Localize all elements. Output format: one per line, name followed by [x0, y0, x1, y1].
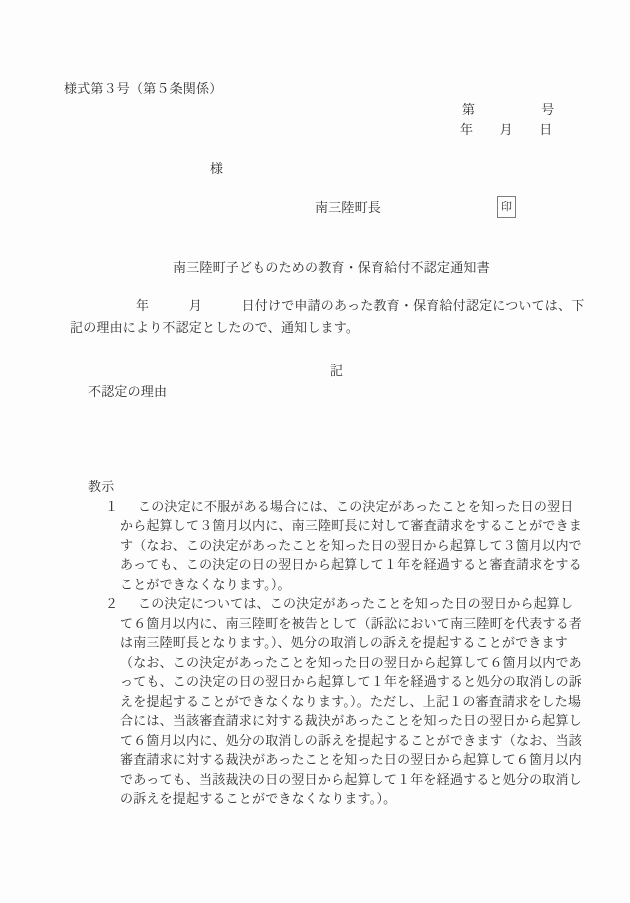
- instruction-item-2-number: ２: [105, 594, 118, 614]
- doc-number-blank-line: 第 号: [462, 100, 554, 119]
- instruction-item-2: ２ この決定については、この決定があったことを知った日の翌日から起算して６箇月以…: [70, 594, 583, 809]
- seal-label: 印: [501, 198, 512, 217]
- instruction-item-1-text: この決定に不服がある場合には、この決定があったことを知った日の翌日から起算して３…: [120, 497, 583, 595]
- date-blank-line: 年 月 日: [460, 120, 552, 139]
- record-marker: 記: [330, 361, 343, 380]
- instruction-heading: 教示: [88, 477, 583, 497]
- seal-placeholder-box: 印: [497, 196, 516, 218]
- instruction-item-1-number: １: [105, 497, 118, 517]
- instruction-item-1: １ この決定に不服がある場合には、この決定があったことを知った日の翌日から起算し…: [70, 497, 583, 595]
- recipient-honorific: 様: [210, 159, 223, 178]
- instruction-section: 教示 １ この決定に不服がある場合には、この決定があったことを知った日の翌日から…: [70, 477, 583, 809]
- instruction-item-2-text: この決定については、この決定があったことを知った日の翌日から起算して６箇月以内に…: [120, 594, 583, 809]
- form-number: 様式第３号（第５条関係）: [64, 79, 222, 98]
- document-page: 様式第３号（第５条関係） 第 号 年 月 日 様 南三陸町長 印 南三陸町子ども…: [0, 0, 630, 903]
- reason-label: 不認定の理由: [88, 382, 167, 401]
- sender-title: 南三陸町長: [315, 198, 381, 217]
- body-paragraph: 年 月 日付けで申請のあった教育・保育給付認定については、下記の理由により不認定…: [70, 295, 587, 339]
- document-title: 南三陸町子どものための教育・保育給付不認定通知書: [173, 258, 490, 277]
